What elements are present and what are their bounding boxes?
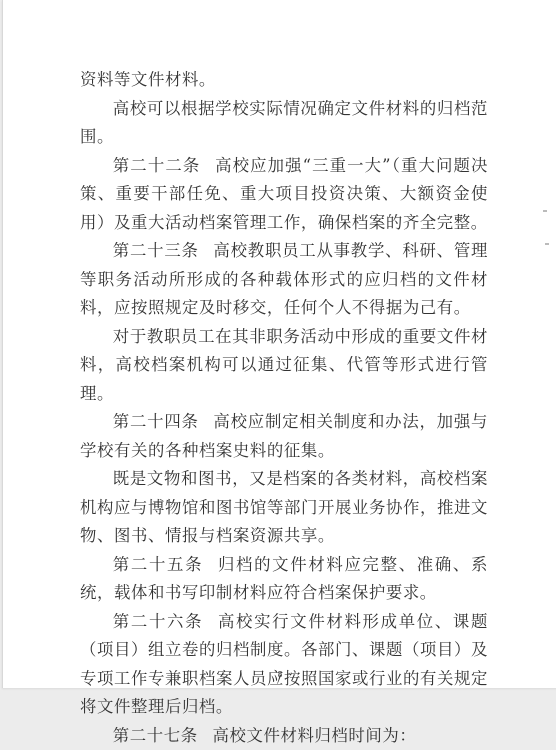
paragraph-text: 对于教职员工在其非职务活动中形成的重要文件材料，高校档案机构可以通过征集、代管等…: [80, 327, 488, 403]
article-number: 第二十二条: [113, 156, 201, 175]
document-body: 资料等文件材料。 高校可以根据学校实际情况确定文件材料的归档范围。 第二十二条高…: [80, 66, 488, 697]
document-page: 资料等文件材料。 高校可以根据学校实际情况确定文件材料的归档范围。 第二十二条高…: [2, 0, 556, 688]
paragraph: 既是文物和图书，又是档案的各类材料，高校档案机构应与博物馆和图书馆等部门开展业务…: [80, 465, 488, 551]
scan-mark: [545, 243, 549, 245]
article-paragraph: 第二十二条高校应加强“三重一大”（重大问题决策、重要干部任免、重大项目投资决策、…: [80, 152, 488, 238]
article-paragraph: 第二十四条高校应制定相关制度和办法，加强与学校有关的各种档案史料的征集。: [80, 408, 488, 465]
paragraph-text: 资料等文件材料。: [80, 70, 216, 89]
paragraph: 高校可以根据学校实际情况确定文件材料的归档范围。: [80, 95, 488, 152]
page-number: 8: [3, 670, 556, 679]
paragraph-text: 高校可以根据学校实际情况确定文件材料的归档范围。: [80, 99, 488, 147]
article-number: 第二十五条: [113, 555, 203, 574]
article-paragraph: 第二十五条归档的文件材料应完整、准确、系统，载体和书写印制材料应符合档案保护要求…: [80, 551, 488, 608]
scan-mark: [543, 210, 547, 212]
article-number: 第二十三条: [113, 241, 199, 260]
article-paragraph: 第二十六条高校实行文件材料形成单位、课题（项目）组立卷的归档制度。各部门、课题（…: [80, 608, 488, 698]
article-number: 第二十四条: [113, 412, 199, 431]
article-number: 第二十六条: [113, 612, 203, 631]
paragraph: 资料等文件材料。: [80, 66, 488, 95]
paragraph: 对于教职员工在其非职务活动中形成的重要文件材料，高校档案机构可以通过征集、代管等…: [80, 323, 488, 409]
paragraph-text: 既是文物和图书，又是档案的各类材料，高校档案机构应与博物馆和图书馆等部门开展业务…: [80, 469, 488, 545]
article-paragraph: 第二十三条高校教职员工从事教学、科研、管理等职务活动所形成的各种载体形式的应归档…: [80, 237, 488, 323]
